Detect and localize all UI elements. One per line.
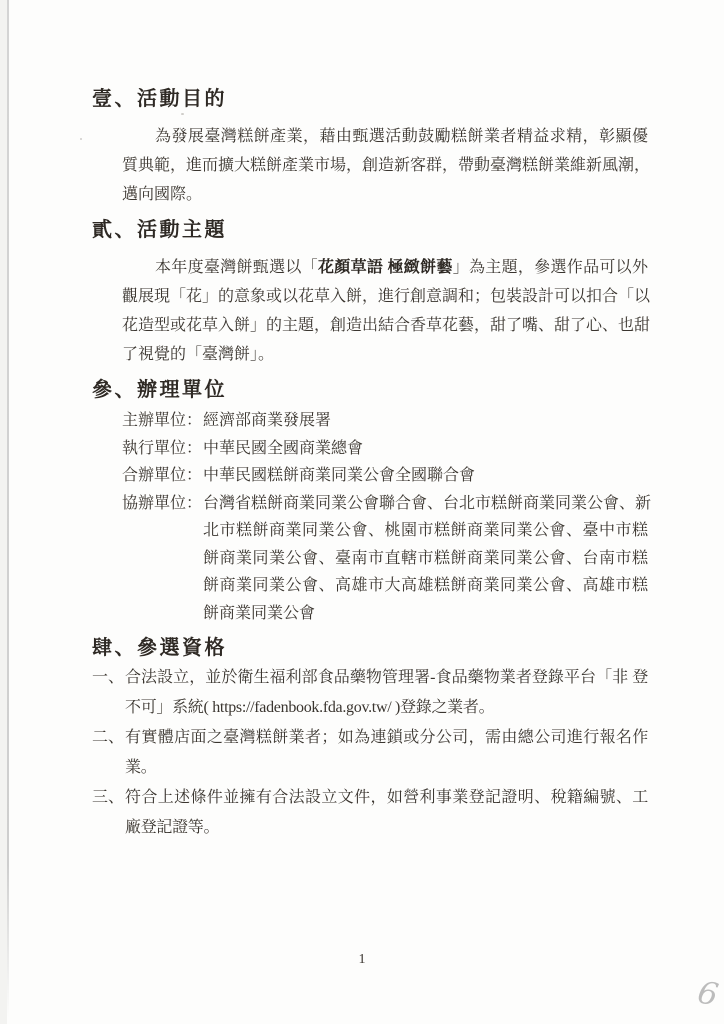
scan-edge-line	[7, 0, 9, 1018]
org-value-line: 中華民國糕餅商業同業公會全國聯合會	[203, 462, 648, 490]
org-value: 台灣省糕餅商業同業公會聯合會、台北市糕餅商業同業公會、新 北市糕餅商業同業公會、…	[203, 490, 648, 628]
org-label: 執行單位：	[122, 435, 203, 463]
section-heading-eligibility: 肆、參選資格	[92, 633, 648, 663]
section-eligibility: 肆、參選資格 一、 合法設立，並於衛生福利部食品藥物管理署-食品藥物業者登錄平台…	[92, 633, 648, 842]
org-label: 合辦單位：	[122, 462, 203, 490]
list-item-text: 合法設立，並於衛生福利部食品藥物管理署-食品藥物業者登錄平台「非 登 不可」系統…	[125, 663, 648, 722]
organizer-row-executor: 執行單位： 中華民國全國商業總會	[122, 435, 648, 463]
paragraph-line: 質典範，進而擴大糕餅產業市場，創造新客群，帶動臺灣糕餅業維新風潮，	[122, 151, 648, 180]
org-value-line: 經濟部商業發展署	[203, 407, 648, 435]
org-label: 主辦單位：	[122, 407, 203, 435]
purpose-paragraph: 為發展臺灣糕餅產業，藉由甄選活動鼓勵糕餅業者精益求精，彰顯優 質典範，進而擴大糕…	[122, 122, 648, 209]
section-activity-purpose: 壹、活動目的 為發展臺灣糕餅產業，藉由甄選活動鼓勵糕餅業者精益求精，彰顯優 質典…	[92, 84, 648, 209]
org-value: 經濟部商業發展署	[203, 407, 648, 435]
list-line: 合法設立，並於衛生福利部食品藥物管理署-食品藥物業者登錄平台「非 登	[125, 663, 648, 693]
list-item-text: 有實體店面之臺灣糕餅業者；如為連鎖或分公司，需由總公司進行報名作 業。	[125, 723, 648, 782]
section-organizers: 參、辦理單位 主辦單位： 經濟部商業發展署 執行單位： 中華民國全國商業總會 合…	[92, 375, 648, 627]
org-value: 中華民國糕餅商業同業公會全國聯合會	[203, 462, 648, 490]
paragraph-line: 觀展現「花」的意象或以花草入餅，進行創意調和；包裝設計可以扣合「以	[122, 282, 648, 311]
list-line: 不可」系統( https://fadenbook.fda.gov.tw/ )登錄…	[125, 693, 648, 723]
org-value-line: 餅商業同業公會、臺南市直轄市糕餅商業同業公會、台南市糕	[203, 545, 648, 573]
section-heading-organizers: 參、辦理單位	[92, 375, 648, 405]
theme-paragraph: 本年度臺灣餅甄選以「花顏草語 極緻餅藝」為主題，參選作品可以外 觀展現「花」的意…	[122, 253, 648, 369]
list-marker: 二、	[92, 723, 125, 782]
eligibility-item-2: 二、 有實體店面之臺灣糕餅業者；如為連鎖或分公司，需由總公司進行報名作 業。	[92, 723, 648, 782]
document-content: 壹、活動目的 為發展臺灣糕餅產業，藉由甄選活動鼓勵糕餅業者精益求精，彰顯優 質典…	[92, 84, 648, 848]
org-label: 協辦單位：	[122, 490, 203, 628]
theme-line-post: 」為主題，參選作品可以外	[453, 259, 648, 276]
scan-speck	[80, 138, 82, 140]
organizer-list: 主辦單位： 經濟部商業發展署 執行單位： 中華民國全國商業總會 合辦單位： 中華…	[122, 407, 648, 627]
org-value: 中華民國全國商業總會	[203, 435, 648, 463]
paragraph-line: 了視覺的「臺灣餅」。	[122, 340, 648, 369]
organizer-row-assisting: 協辦單位： 台灣省糕餅商業同業公會聯合會、台北市糕餅商業同業公會、新 北市糕餅商…	[122, 490, 648, 628]
list-line: 業。	[125, 753, 648, 783]
org-value-line: 餅商業同業公會、高雄市大高雄糕餅商業同業公會、高雄市糕	[203, 572, 648, 600]
list-line: 廠登記證等。	[125, 813, 648, 843]
list-line: 有實體店面之臺灣糕餅業者；如為連鎖或分公司，需由總公司進行報名作	[125, 723, 648, 753]
list-marker: 三、	[92, 783, 125, 842]
org-value-line: 北市糕餅商業同業公會、桃園市糕餅商業同業公會、臺中市糕	[203, 517, 648, 545]
section-heading-purpose: 壹、活動目的	[92, 84, 648, 114]
list-line: 符合上述條件並擁有合法設立文件，如營利事業登記證明、稅籍編號、工	[125, 783, 648, 813]
list-item-text: 符合上述條件並擁有合法設立文件，如營利事業登記證明、稅籍編號、工 廠登記證等。	[125, 783, 648, 842]
page-number: 1	[0, 952, 724, 968]
organizer-row-host: 主辦單位： 經濟部商業發展署	[122, 407, 648, 435]
paragraph-line: 邁向國際。	[122, 180, 648, 209]
handwritten-mark: 6	[694, 974, 721, 1013]
paragraph-line: 為發展臺灣糕餅產業，藉由甄選活動鼓勵糕餅業者精益求精，彰顯優	[122, 122, 648, 151]
org-value-line: 台灣省糕餅商業同業公會聯合會、台北市糕餅商業同業公會、新	[203, 490, 648, 518]
list-marker: 一、	[92, 663, 125, 722]
document-page: 壹、活動目的 為發展臺灣糕餅產業，藉由甄選活動鼓勵糕餅業者精益求精，彰顯優 質典…	[0, 0, 724, 1024]
organizer-row-coorganizer: 合辦單位： 中華民國糕餅商業同業公會全國聯合會	[122, 462, 648, 490]
eligibility-item-1: 一、 合法設立，並於衛生福利部食品藥物管理署-食品藥物業者登錄平台「非 登 不可…	[92, 663, 648, 722]
theme-title-bold: 花顏草語 極緻餅藝	[318, 259, 453, 276]
org-value-line: 餅商業同業公會	[203, 600, 648, 628]
section-activity-theme: 貳、活動主題 本年度臺灣餅甄選以「花顏草語 極緻餅藝」為主題，參選作品可以外 觀…	[92, 215, 648, 369]
org-value-line: 中華民國全國商業總會	[203, 435, 648, 463]
scan-edge-artifact	[0, 0, 7, 1024]
theme-line-pre: 本年度臺灣餅甄選以「	[155, 259, 318, 276]
paragraph-line: 花造型或花草入餅」的主題，創造出結合香草花藝，甜了嘴、甜了心、也甜	[122, 311, 648, 340]
eligibility-list: 一、 合法設立，並於衛生福利部食品藥物管理署-食品藥物業者登錄平台「非 登 不可…	[92, 663, 648, 842]
eligibility-item-3: 三、 符合上述條件並擁有合法設立文件，如營利事業登記證明、稅籍編號、工 廠登記證…	[92, 783, 648, 842]
section-heading-theme: 貳、活動主題	[92, 215, 648, 245]
paragraph-line: 本年度臺灣餅甄選以「花顏草語 極緻餅藝」為主題，參選作品可以外	[122, 253, 648, 282]
